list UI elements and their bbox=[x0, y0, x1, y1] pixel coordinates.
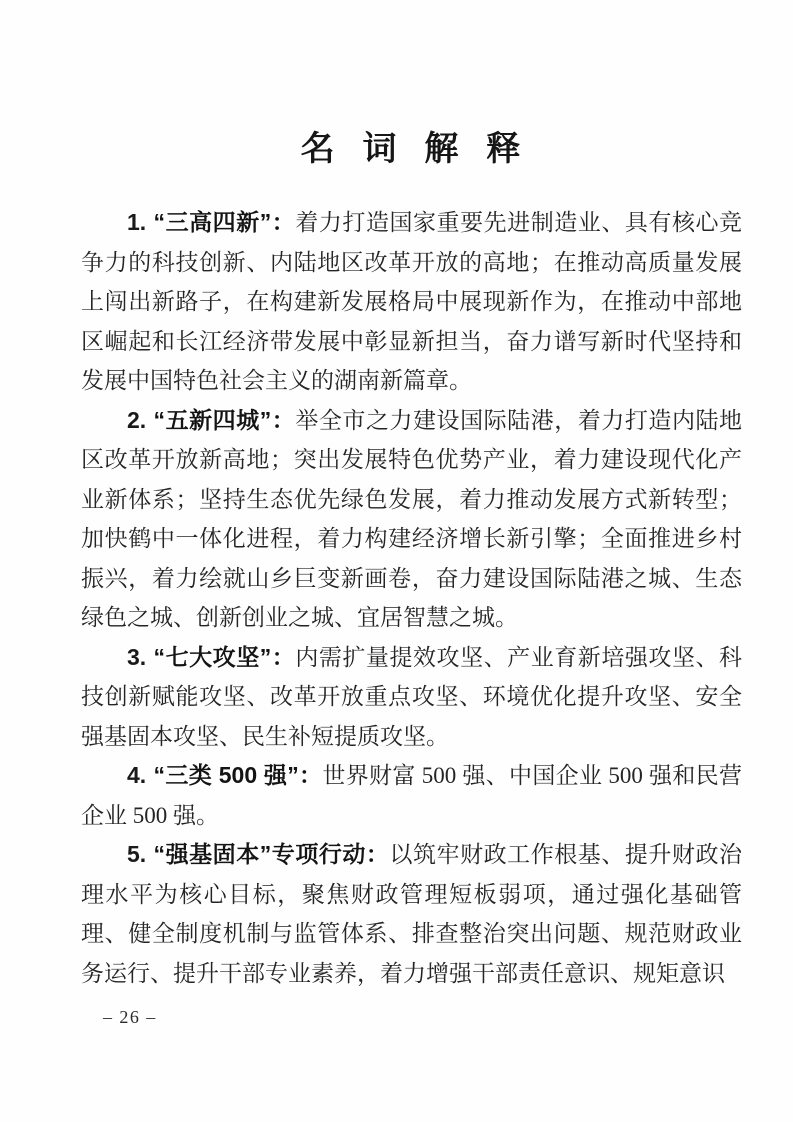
definition-number: 1. bbox=[127, 209, 146, 235]
definition-term: “三类 500 强”： bbox=[154, 762, 323, 788]
page-number: – 26 – bbox=[103, 1004, 157, 1030]
definition-term: “强基固本”专项行动： bbox=[154, 841, 390, 867]
definitions-list: 1.“三高四新”：着力打造国家重要先进制造业、具有核心竞争力的科技创新、内陆地区… bbox=[81, 203, 742, 993]
document-page: 名词解释 1.“三高四新”：着力打造国家重要先进制造业、具有核心竞争力的科技创新… bbox=[0, 0, 793, 1122]
definition-number: 3. bbox=[127, 644, 146, 670]
definition-paragraph-5: 5.“强基固本”专项行动：以筑牢财政工作根基、提升财政治理水平为核心目标，聚焦财… bbox=[81, 835, 742, 993]
definition-number: 4. bbox=[127, 762, 146, 788]
definition-paragraph-1: 1.“三高四新”：着力打造国家重要先进制造业、具有核心竞争力的科技创新、内陆地区… bbox=[81, 203, 742, 401]
page-title: 名词解释 bbox=[0, 121, 793, 170]
definition-term: “三高四新”： bbox=[154, 209, 296, 235]
definition-body: 举全市之力建设国际陆港，着力打造内陆地区改革开放新高地；突出发展特色优势产业，着… bbox=[81, 408, 742, 631]
definition-paragraph-3: 3.“七大攻坚”：内需扩量提效攻坚、产业育新培强攻坚、科技创新赋能攻坚、改革开放… bbox=[81, 638, 742, 757]
definition-paragraph-2: 2.“五新四城”：举全市之力建设国际陆港，着力打造内陆地区改革开放新高地；突出发… bbox=[81, 401, 742, 638]
definition-paragraph-4: 4.“三类 500 强”：世界财富 500 强、中国企业 500 强和民营企业 … bbox=[81, 756, 742, 835]
definition-term: “七大攻坚”： bbox=[154, 644, 296, 670]
definition-number: 2. bbox=[127, 407, 146, 433]
definition-term: “五新四城”： bbox=[154, 407, 296, 433]
definition-body: 着力打造国家重要先进制造业、具有核心竞争力的科技创新、内陆地区改革开放的高地；在… bbox=[81, 210, 742, 393]
definition-number: 5. bbox=[127, 841, 146, 867]
